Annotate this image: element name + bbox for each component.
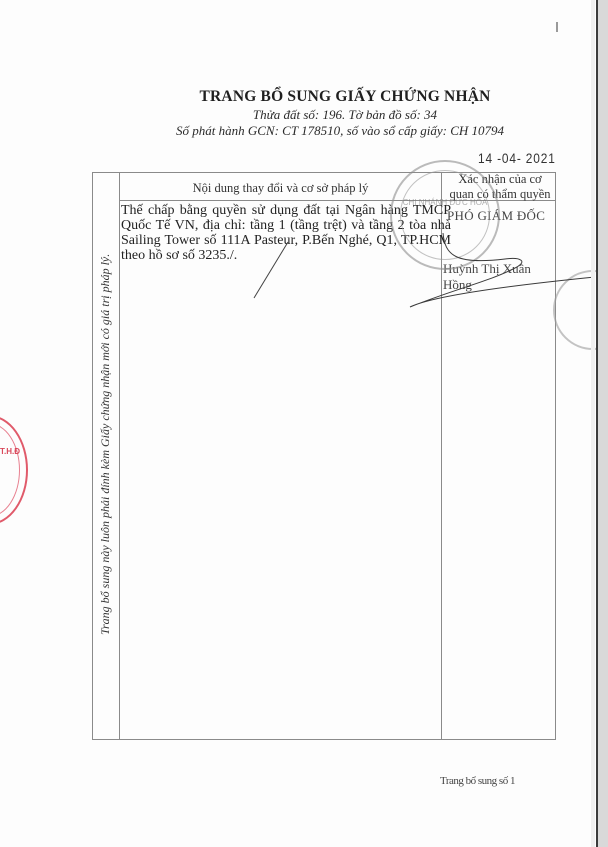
initial-mark-icon [250, 240, 290, 300]
document-title: TRANG BỔ SUNG GIẤY CHỨNG NHẬN [0, 88, 608, 106]
scan-edge-highlight [591, 0, 595, 847]
red-seal-stamp: T.H.Đ [0, 415, 28, 525]
red-seal-text: T.H.Đ [0, 447, 20, 456]
date-stamp: 14 -04- 2021 [478, 150, 556, 166]
scan-edge [596, 0, 608, 847]
seal-inner-ring [400, 170, 490, 260]
vertical-legal-note: Trang bổ sung này luôn phải đính kèm Giấ… [98, 275, 113, 635]
scan-mark [556, 22, 558, 32]
footer-page-note: Trang bổ sung số 1 [440, 775, 515, 787]
red-seal-inner-ring [0, 423, 20, 517]
seal-text: CHI NHÁNH ĐỨC HÒA [392, 198, 498, 207]
header-content-column: Nội dung thay đổi và cơ sở pháp lý [120, 181, 441, 196]
document-page: TRANG BỔ SUNG GIẤY CHỨNG NHẬN Thửa đất s… [0, 0, 596, 847]
parcel-info: Thửa đất số: 196. Tờ bản đồ số: 34 [0, 107, 608, 123]
table-column-divider [119, 173, 120, 739]
official-seal-stamp: CHI NHÁNH ĐỨC HÒA [390, 160, 500, 270]
amendment-table: Nội dung thay đổi và cơ sở pháp lý Xác n… [92, 172, 556, 740]
certificate-issue-info: Số phát hành GCN: CT 178510, số vào sổ c… [0, 123, 608, 139]
